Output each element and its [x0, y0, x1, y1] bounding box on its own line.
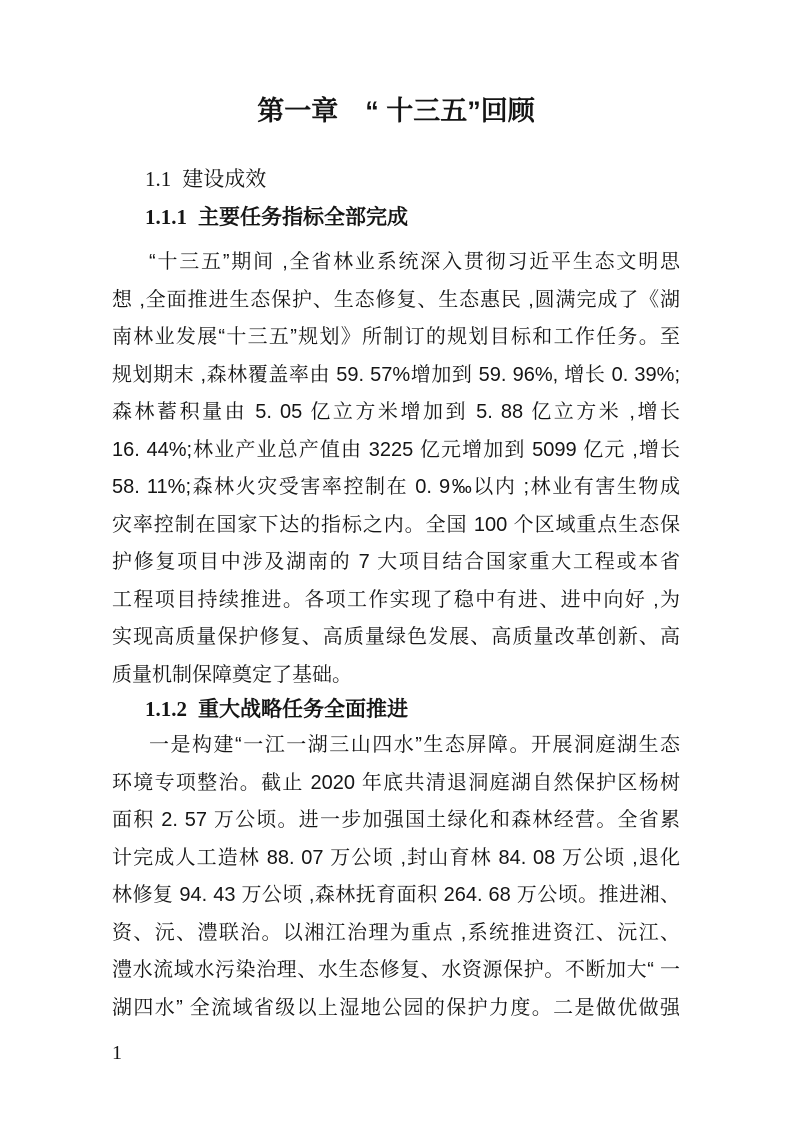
body-line: 环境专项整治。截止 2020 年底共清退洞庭湖自然保护区杨树 — [112, 765, 680, 803]
body-line: 16. 44%;林业产业总产值由 3225 亿元增加到 5099 亿元 ,增长 — [112, 432, 680, 470]
chapter-title: 第一章 “ 十三五”回顾 — [112, 94, 680, 128]
body-line: 南林业发展“十三五”规划》所制订的规划目标和工作任务。至 — [112, 319, 680, 357]
subsection-number: 1.1.2 — [145, 697, 187, 721]
body-line: 林修复 94. 43 万公顷 ,森林抚育面积 264. 68 万公顷。推进湘、 — [112, 877, 680, 915]
paragraph-2: 一是构建“一江一湖三山四水”生态屏障。开展洞庭湖生态 环境专项整治。截止 202… — [112, 727, 680, 1027]
subsection-heading-1-1-2: 1.1.2重大战略任务全面推进 — [112, 695, 680, 724]
body-line: 面积 2. 57 万公顷。进一步加强国土绿化和森林经营。全省累 — [112, 802, 680, 840]
paragraph-1: “十三五”期间 ,全省林业系统深入贯彻习近平生态文明思 想 ,全面推进生态保护、… — [112, 244, 680, 694]
body-line: 湖四水” 全流域省级以上湿地公园的保护力度。二是做优做强 — [112, 990, 680, 1028]
subsection-heading-1-1-1: 1.1.1主要任务指标全部完成 — [112, 202, 680, 233]
subsection-label: 重大战略任务全面推进 — [198, 698, 408, 721]
body-line: “十三五”期间 ,全省林业系统深入贯彻习近平生态文明思 — [112, 244, 680, 282]
section-number: 1.1 — [145, 167, 171, 191]
body-line: 澧水流域水污染治理、水生态修复、水资源保护。不断加大“ 一 — [112, 952, 680, 990]
section-label: 建设成效 — [182, 168, 266, 191]
body-line: 质量机制保障奠定了基础。 — [112, 657, 680, 695]
body-line: 资、沅、澧联治。以湘江治理为重点 ,系统推进资江、沅江、 — [112, 915, 680, 953]
body-line: 计完成人工造林 88. 07 万公顷 ,封山育林 84. 08 万公顷 ,退化 — [112, 840, 680, 878]
body-line: 灾率控制在国家下达的指标之内。全国 100 个区域重点生态保 — [112, 507, 680, 545]
page-number: 1 — [112, 1040, 680, 1066]
body-line: 实现高质量保护修复、高质量绿色发展、高质量改革创新、高 — [112, 619, 680, 657]
subsection-number: 1.1.1 — [145, 205, 187, 229]
body-line: 护修复项目中涉及湖南的 7 大项目结合国家重大工程或本省 — [112, 544, 680, 582]
body-line: 一是构建“一江一湖三山四水”生态屏障。开展洞庭湖生态 — [112, 727, 680, 765]
body-line: 森林蓄积量由 5. 05 亿立方米增加到 5. 88 亿立方米 ,增长 — [112, 394, 680, 432]
document-page: 第一章 “ 十三五”回顾 1.1建设成效 1.1.1主要任务指标全部完成 “十三… — [0, 0, 793, 1122]
body-line: 工程项目持续推进。各项工作实现了稳中有进、进中向好 ,为 — [112, 582, 680, 620]
section-heading-1-1: 1.1建设成效 — [112, 164, 680, 195]
body-line: 想 ,全面推进生态保护、生态修复、生态惠民 ,圆满完成了《湖 — [112, 282, 680, 320]
body-line: 规划期末 ,森林覆盖率由 59. 57%增加到 59. 96%, 增长 0. 3… — [112, 357, 680, 395]
subsection-label: 主要任务指标全部完成 — [198, 206, 408, 229]
body-line: 58. 11%;森林火灾受害率控制在 0. 9‰以内 ;林业有害生物成 — [112, 469, 680, 507]
page-content: 第一章 “ 十三五”回顾 1.1建设成效 1.1.1主要任务指标全部完成 “十三… — [112, 0, 680, 1066]
